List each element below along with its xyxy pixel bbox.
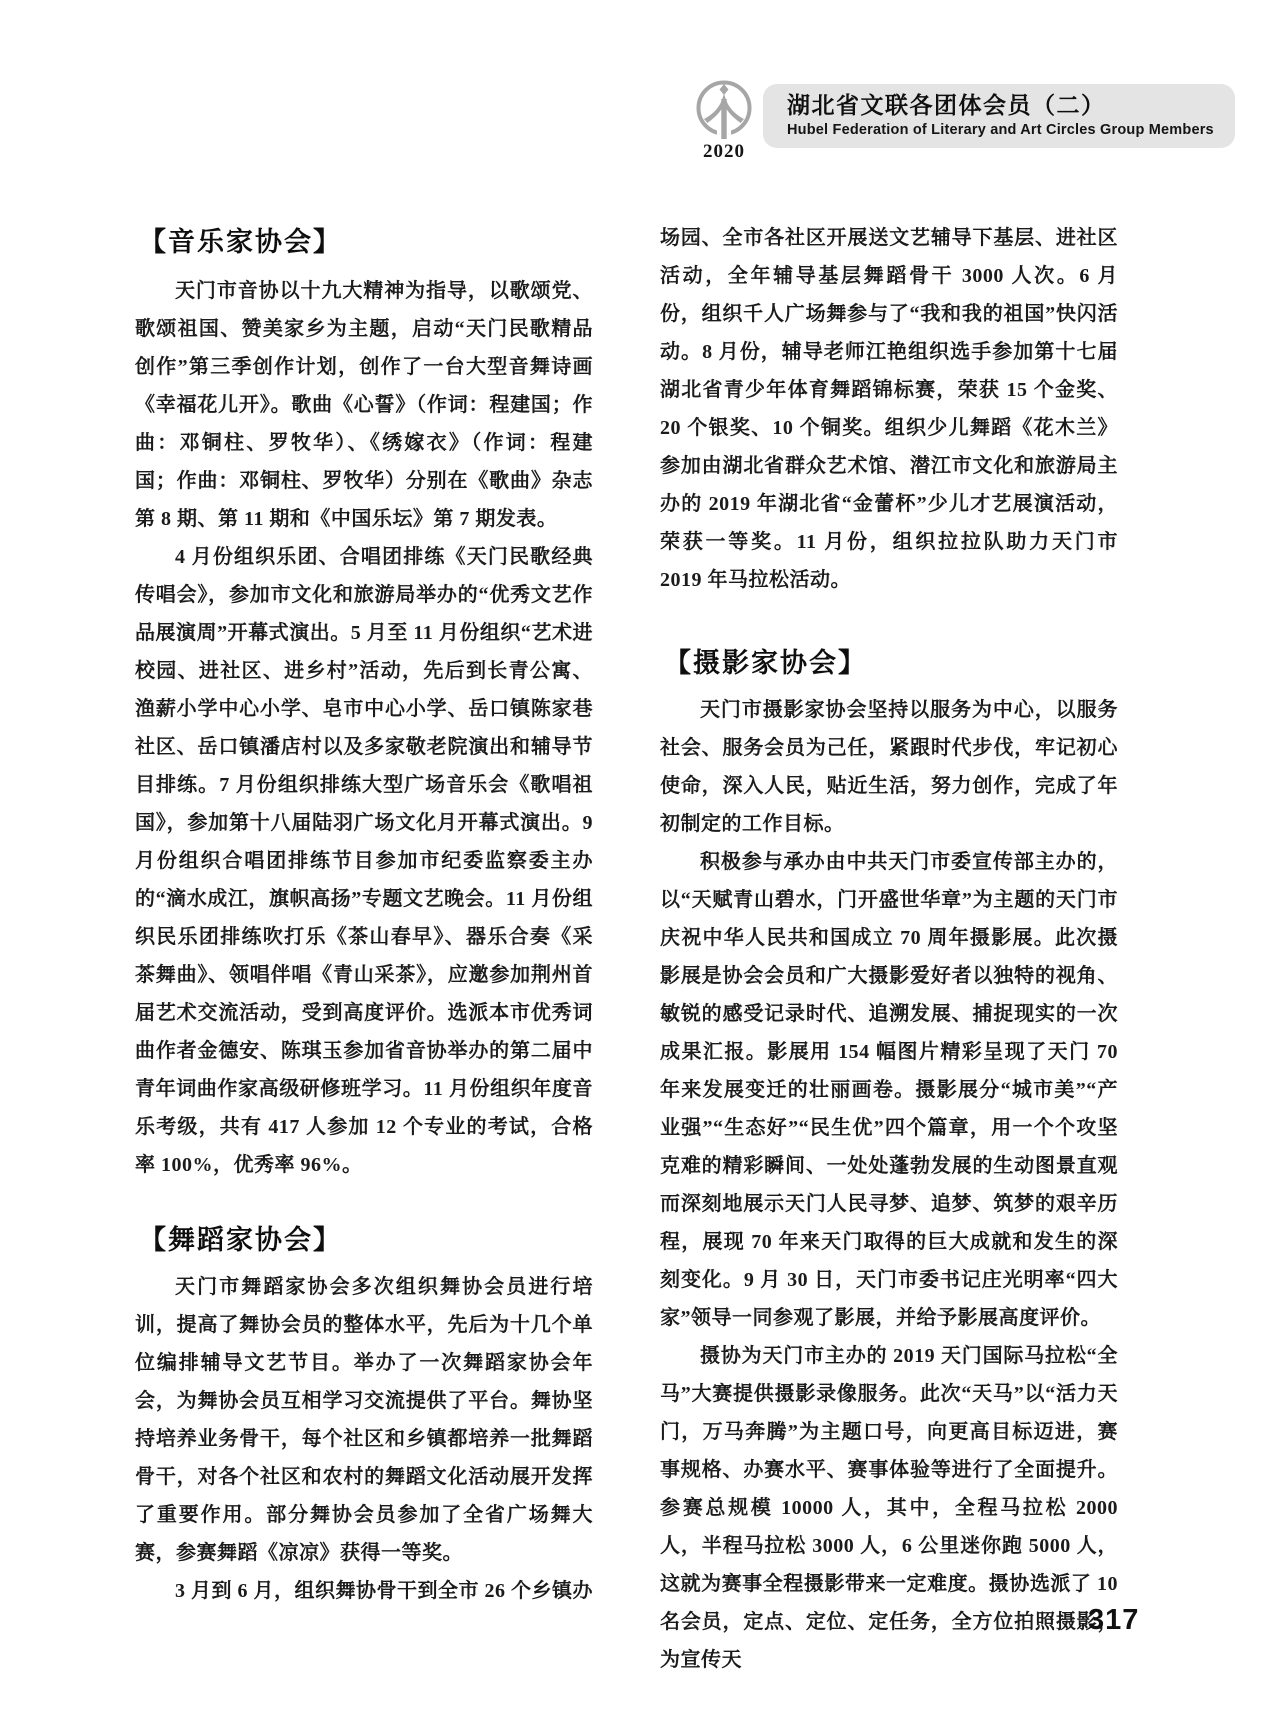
header-title-bar: 湖北省文联各团体会员（二） Hubel Federation of Litera… <box>763 84 1235 148</box>
left-column: 【音乐家协会】 天门市音协以十九大精神为指导，以歌颂党、歌颂祖国、赞美家乡为主题… <box>135 222 593 1610</box>
right-column: 场园、全市各社区开展送文艺辅导下基层、进社区活动，全年辅导基层舞蹈骨干 3000… <box>660 219 1118 1679</box>
logo-block: 2020 <box>692 78 756 163</box>
dance-paragraph-1: 天门市舞蹈家协会多次组织舞协会员进行培训，提高了舞协会员的整体水平，先后为十几个… <box>135 1268 593 1572</box>
dance-paragraph-2-continued: 场园、全市各社区开展送文艺辅导下基层、进社区活动，全年辅导基层舞蹈骨干 3000… <box>660 219 1118 599</box>
yearbook-page: 2020 湖北省文联各团体会员（二） Hubel Federation of L… <box>0 0 1276 1719</box>
photography-paragraph-1: 天门市摄影家协会坚持以服务为中心，以服务社会、服务会员为己任，紧跟时代步伐，牢记… <box>660 691 1118 843</box>
page-title-english: Hubel Federation of Literary and Art Cir… <box>787 122 1235 139</box>
music-paragraph-2: 4 月份组织乐团、合唱团排练《天门民歌经典传唱会》，参加市文化和旅游局举办的“优… <box>135 538 593 1184</box>
dance-paragraph-2: 3 月到 6 月，组织舞协骨干到全市 26 个乡镇办 <box>135 1572 593 1610</box>
music-paragraph-1: 天门市音协以十九大精神为指导，以歌颂党、歌颂祖国、赞美家乡为主题，启动“天门民歌… <box>135 272 593 538</box>
page-number: 317 <box>1088 1604 1139 1637</box>
page-title-chinese: 湖北省文联各团体会员（二） <box>787 92 1235 118</box>
section-heading-dance-association: 【舞蹈家协会】 <box>139 1220 593 1260</box>
section-heading-music-association: 【音乐家协会】 <box>139 222 593 262</box>
photography-paragraph-2: 积极参与承办由中共天门市委宣传部主办的，以“天赋青山碧水，门开盛世华章”为主题的… <box>660 843 1118 1337</box>
photography-paragraph-3: 摄协为天门市主办的 2019 天门国际马拉松“全马”大赛提供摄影录像服务。此次“… <box>660 1337 1118 1679</box>
section-heading-photography-association: 【摄影家协会】 <box>664 643 1118 683</box>
